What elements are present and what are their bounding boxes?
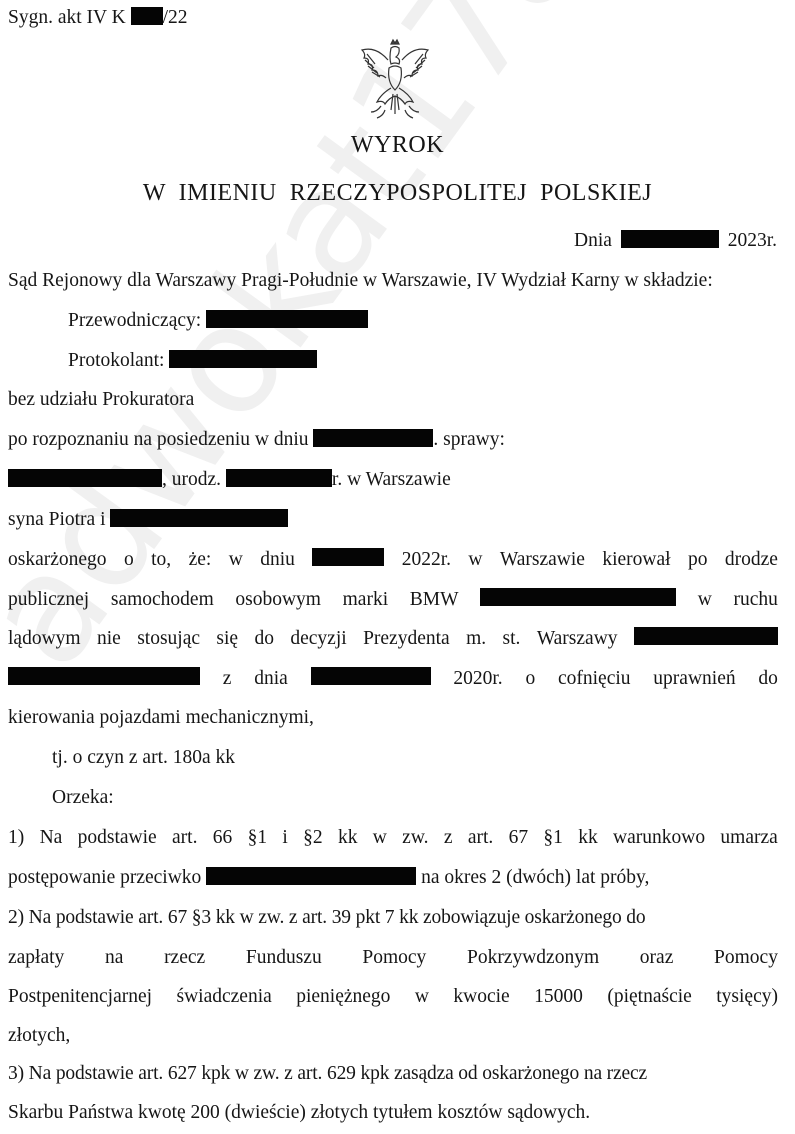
word: Warszawy <box>537 627 618 651</box>
redaction <box>311 667 431 685</box>
word: cofnięciu <box>558 667 631 691</box>
word: dniu <box>260 548 295 572</box>
word: lądowym <box>8 627 81 651</box>
word: rzecz <box>164 946 205 970</box>
word: nie <box>97 627 121 651</box>
word: kk <box>578 826 598 850</box>
hearing-line: po rozpoznaniu na posiedzeniu w dniu . s… <box>8 428 505 452</box>
redaction <box>226 469 332 487</box>
word: samochodem <box>111 588 214 612</box>
charge-line-2: publicznejsamochodemosobowymmarkiBMWwruc… <box>8 588 778 612</box>
ruling-1-line-2: postępowanie przeciwko na okres 2 (dwóch… <box>8 866 649 890</box>
word: do <box>758 667 778 691</box>
word: 66 <box>213 826 233 850</box>
word: Pokrzywdzonym <box>467 946 599 970</box>
redaction <box>169 350 317 368</box>
ruling-3-line-2: Skarbu Państwa kwotę 200 (dwieście) złot… <box>8 1101 590 1125</box>
word: dnia <box>254 667 288 691</box>
parents-line: syna Piotra i <box>8 508 288 532</box>
no-prosecutor: bez udziału Prokuratora <box>8 388 194 412</box>
ruling-2-line-1: 2) Na podstawie art. 67 §3 kk w zw. z ar… <box>8 906 646 930</box>
case-signature: Sygn. akt IV K /22 <box>8 6 188 30</box>
redaction <box>621 230 719 248</box>
hearing-prefix: po rozpoznaniu na posiedzeniu w dniu <box>8 429 309 450</box>
word: podstawie <box>78 826 157 850</box>
date-suffix: 2023r. <box>728 230 777 251</box>
redaction <box>313 429 433 447</box>
word: st. <box>503 627 521 651</box>
word: w <box>698 588 712 612</box>
word: z <box>223 667 232 691</box>
word: kierował <box>602 548 670 572</box>
word: 1) <box>8 826 24 850</box>
redaction <box>206 310 368 328</box>
word: Warszawie <box>500 548 585 572</box>
word: na <box>105 946 123 970</box>
word: oraz <box>640 946 674 970</box>
word: 67 <box>509 826 529 850</box>
ruling-1-line-1: 1)Napodstawieart.66§1i§2kkwzw.zart.67§1k… <box>8 826 778 850</box>
word: w <box>373 826 387 850</box>
word: Na <box>40 826 63 850</box>
ruling-label: Orzeka: <box>52 786 114 810</box>
word: i <box>282 826 287 850</box>
word: w <box>468 548 482 572</box>
hearing-suffix: . sprawy: <box>433 429 505 450</box>
birth-place: r. w Warszawie <box>332 469 451 490</box>
word: do <box>254 627 274 651</box>
parents-text: syna Piotra i <box>8 509 106 530</box>
charge-line-5: kierowania pojazdami mechanicznymi, <box>8 706 314 730</box>
word: Funduszu <box>246 946 322 970</box>
word: oskarżonego <box>8 548 107 572</box>
ruling-3-line-1: 3) Na podstawie art. 627 kpk w zw. z art… <box>8 1062 647 1086</box>
clerk-label: Protokolant: <box>68 350 164 371</box>
word: w <box>415 985 429 1009</box>
word: świadczenia <box>176 985 271 1009</box>
word: Pomocy <box>362 946 426 970</box>
defendant-line: , urodz. r. w Warszawie <box>8 468 451 492</box>
word: publicznej <box>8 588 89 612</box>
word: stosując <box>137 627 200 651</box>
word: art. <box>468 826 493 850</box>
word: (piętnaście <box>607 985 691 1009</box>
ruling-2-line-3: Postpenitencjarnejświadczeniapieniężnego… <box>8 985 778 1009</box>
word: o <box>525 667 535 691</box>
word: to, <box>151 548 171 572</box>
court-clerk: Protokolant: <box>68 349 317 373</box>
word: §2 <box>303 826 323 850</box>
word: §1 <box>543 826 563 850</box>
word: ruchu <box>734 588 778 612</box>
word: Prezydenta <box>363 627 450 651</box>
date-line: Dnia 2023r. <box>574 229 777 253</box>
word: drodze <box>725 548 778 572</box>
document-title: WYROK <box>0 132 795 159</box>
word: uprawnień <box>653 667 735 691</box>
word: 2022r. <box>402 548 451 572</box>
presiding-label: Przewodniczący: <box>68 310 201 331</box>
word: marki <box>343 588 388 612</box>
word: warunkowo <box>613 826 705 850</box>
word: osobowym <box>235 588 321 612</box>
date-prefix: Dnia <box>574 230 612 251</box>
word: się <box>216 627 238 651</box>
word: że: <box>189 548 212 572</box>
ruling-2-line-2: zapłatynarzeczFunduszuPomocyPokrzywdzony… <box>8 946 778 970</box>
word: Postpenitencjarnej <box>8 985 152 1009</box>
charge-line-1: oskarżonegooto,że:wdniu2022r.wWarszawiek… <box>8 548 778 572</box>
word: w <box>229 548 243 572</box>
word: BMW <box>410 588 459 612</box>
case-signature-suffix: /22 <box>163 7 188 28</box>
word: kk <box>338 826 358 850</box>
redaction <box>110 509 288 527</box>
word: kwocie <box>453 985 509 1009</box>
redaction <box>8 667 200 685</box>
born-label: , urodz. <box>162 469 221 490</box>
article-line: tj. o czyn z art. 180a kk <box>52 746 235 770</box>
polish-eagle-emblem-icon <box>355 38 435 120</box>
word: o <box>124 548 134 572</box>
word: decyzji <box>290 627 346 651</box>
word: zapłaty <box>8 946 64 970</box>
word: zw. <box>402 826 428 850</box>
charge-line-4: zdnia2020r.ocofnięciuuprawnieńdo <box>8 667 778 691</box>
word: po <box>688 548 708 572</box>
ruling-1-suffix: na okres 2 (dwóch) lat próby, <box>421 867 649 888</box>
ruling-1-prefix: postępowanie przeciwko <box>8 867 201 888</box>
word: 15000 <box>534 985 583 1009</box>
court-composition: Sąd Rejonowy dla Warszawy Pragi-Południe… <box>8 269 713 293</box>
case-signature-prefix: Sygn. akt IV K <box>8 7 126 28</box>
word: 2020r. <box>453 667 502 691</box>
redaction <box>8 469 162 487</box>
redaction <box>312 548 384 566</box>
word: pieniężnego <box>296 985 390 1009</box>
redaction <box>206 867 416 885</box>
document-subtitle: W IMIENIU RZECZYPOSPOLITEJ POLSKIEJ <box>0 180 795 207</box>
word: umarza <box>720 826 777 850</box>
redaction <box>480 588 676 606</box>
redaction <box>634 627 778 645</box>
charge-line-3: lądowymniestosującsiędodecyzjiPrezydenta… <box>8 627 778 651</box>
word: m. <box>466 627 486 651</box>
word: tysięcy) <box>716 985 778 1009</box>
redaction <box>131 7 163 25</box>
word: z <box>444 826 453 850</box>
word: art. <box>172 826 197 850</box>
word: §1 <box>248 826 268 850</box>
word: Pomocy <box>714 946 778 970</box>
presiding-judge: Przewodniczący: <box>68 309 368 333</box>
ruling-2-line-4: złotych, <box>8 1024 70 1048</box>
